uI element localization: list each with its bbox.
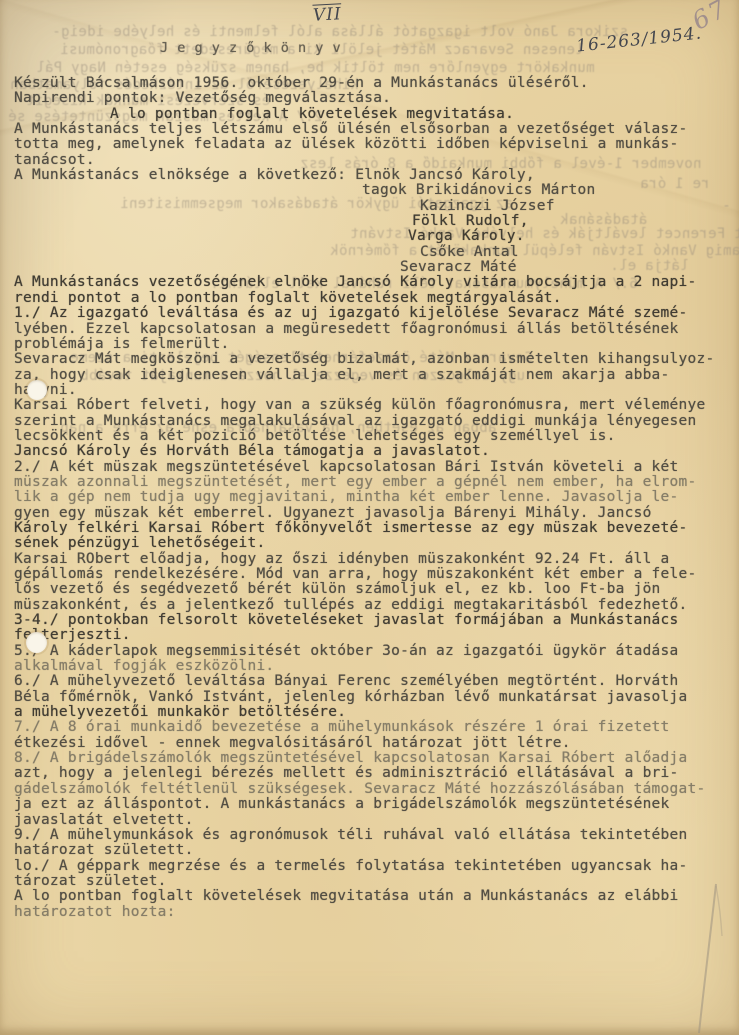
typed-line: javaslatát elvetett. — [14, 813, 735, 828]
typed-line: 5./ A káderlapok megsemmisitését október… — [14, 644, 735, 659]
typed-line: A Munkástanács vezetőségének elnöke Janc… — [14, 275, 735, 290]
typed-line: határozatot hozta: — [14, 905, 735, 920]
typed-line: tanácsot. — [14, 153, 735, 168]
typed-line: totta meg, amelynek feladata az ülések k… — [14, 137, 735, 152]
typed-line: 1./ Az igazgató leváltása és az uj igazg… — [14, 306, 735, 321]
typed-line: problémája is felmerült. — [14, 337, 735, 352]
typed-line: gádelszámolók feltétlenül szükségesek. S… — [14, 782, 735, 797]
typed-line: A lo pontban foglalt követelések megvita… — [14, 107, 735, 122]
typed-line: ja ezt az álláspontot. A munkástanács a … — [14, 797, 735, 812]
typed-line: Jancsó Károly és Horváth Béla támogatja … — [14, 444, 735, 459]
typed-line: sének pénzügyi lehetőségeit. — [14, 536, 735, 551]
typed-line: Napirendi pontok: Vezetőség megválasztás… — [14, 91, 735, 106]
typed-lines: Készült Bácsalmáson 1956. október 29-én … — [14, 76, 735, 920]
typed-line: müszakonként, és a jelentkező tullépés a… — [14, 598, 735, 613]
typed-line: 2./ A két müszak megszüntetésével kapcso… — [14, 460, 735, 475]
typed-line: za, hogy csak ideiglenesen vállalja el, … — [14, 368, 735, 383]
bleed-through-line: szikora Janó volt igazgatót állása alól … — [52, 24, 628, 40]
document-title: J e g y z ő k ö n y v — [160, 40, 341, 56]
typed-line: lik a gép nem tudja ugy megjavitani, min… — [14, 490, 735, 505]
typed-line: Kazinczi József — [14, 199, 735, 214]
punch-hole-top — [27, 380, 47, 400]
typed-line: gyen egy müszak két emberrel. Ugyanezt j… — [14, 506, 735, 521]
typed-line: Csőke Antal — [14, 245, 735, 260]
typed-line: lecsökkent és a két pozició betöltése le… — [14, 429, 735, 444]
typed-line: A lo pontban foglalt követelések megvita… — [14, 889, 735, 904]
typed-line: Béla főmérnök, Vankó Istvánt, jelenleg k… — [14, 690, 735, 705]
typed-line: 9./ A mühelymunkások és agronómusok téli… — [14, 828, 735, 843]
typed-line: Fölkl Rudolf, — [14, 214, 735, 229]
typed-line: 6./ A mühelyvezető leváltása Bányai Fere… — [14, 674, 735, 689]
handwritten-page-number: VII — [312, 4, 342, 25]
typed-line: tagok Brikidánovics Márton — [14, 183, 735, 198]
typed-line: Varga Károly. — [14, 229, 735, 244]
typed-line: müszak azonnali megszüntetését, mert egy… — [14, 475, 735, 490]
scanned-document-page: { "page": { "number_top": "VII", "corner… — [0, 0, 739, 1035]
typed-line: hagyni. — [14, 383, 735, 398]
typed-line: szerint a Munkástanács megalakulásával a… — [14, 414, 735, 429]
typed-line: lyében. Ezzel kapcsolatosan a megüresede… — [14, 322, 735, 337]
typed-line: tározat születet. — [14, 874, 735, 889]
typed-line: felterjeszti. — [14, 628, 735, 643]
typed-line: lős vezető és segédvezető bérét külön sz… — [14, 582, 735, 597]
punch-hole-bottom — [26, 632, 47, 653]
typed-line: étkezési idővel - ennek megvalósitásáról… — [14, 736, 735, 751]
typed-line: 7./ A 8 órai munkaidő bevezetése a mühel… — [14, 720, 735, 735]
bleed-through-line: munkakört egyenlőre nem töltik be, hanem… — [36, 60, 595, 76]
typed-line: Karsai RObert előadja, hogy az őszi idén… — [14, 552, 735, 567]
typed-line: Sevaracz Mát megköszöni a vezetőség biza… — [14, 352, 735, 367]
typed-line: határozat született. — [14, 843, 735, 858]
typed-line: rendi pontot a lo pontban foglalt követe… — [14, 291, 735, 306]
typed-line: Karsai Róbert felveti, hogy van a szüksé… — [14, 398, 735, 413]
typed-line: azt, hogy a jelenlegi bérezés mellett és… — [14, 766, 735, 781]
typed-line: lo./ A géppark megrzése és a termelés fo… — [14, 859, 735, 874]
typed-line: Károly felkéri Karsai Róbert főkönyvelőt… — [14, 521, 735, 536]
